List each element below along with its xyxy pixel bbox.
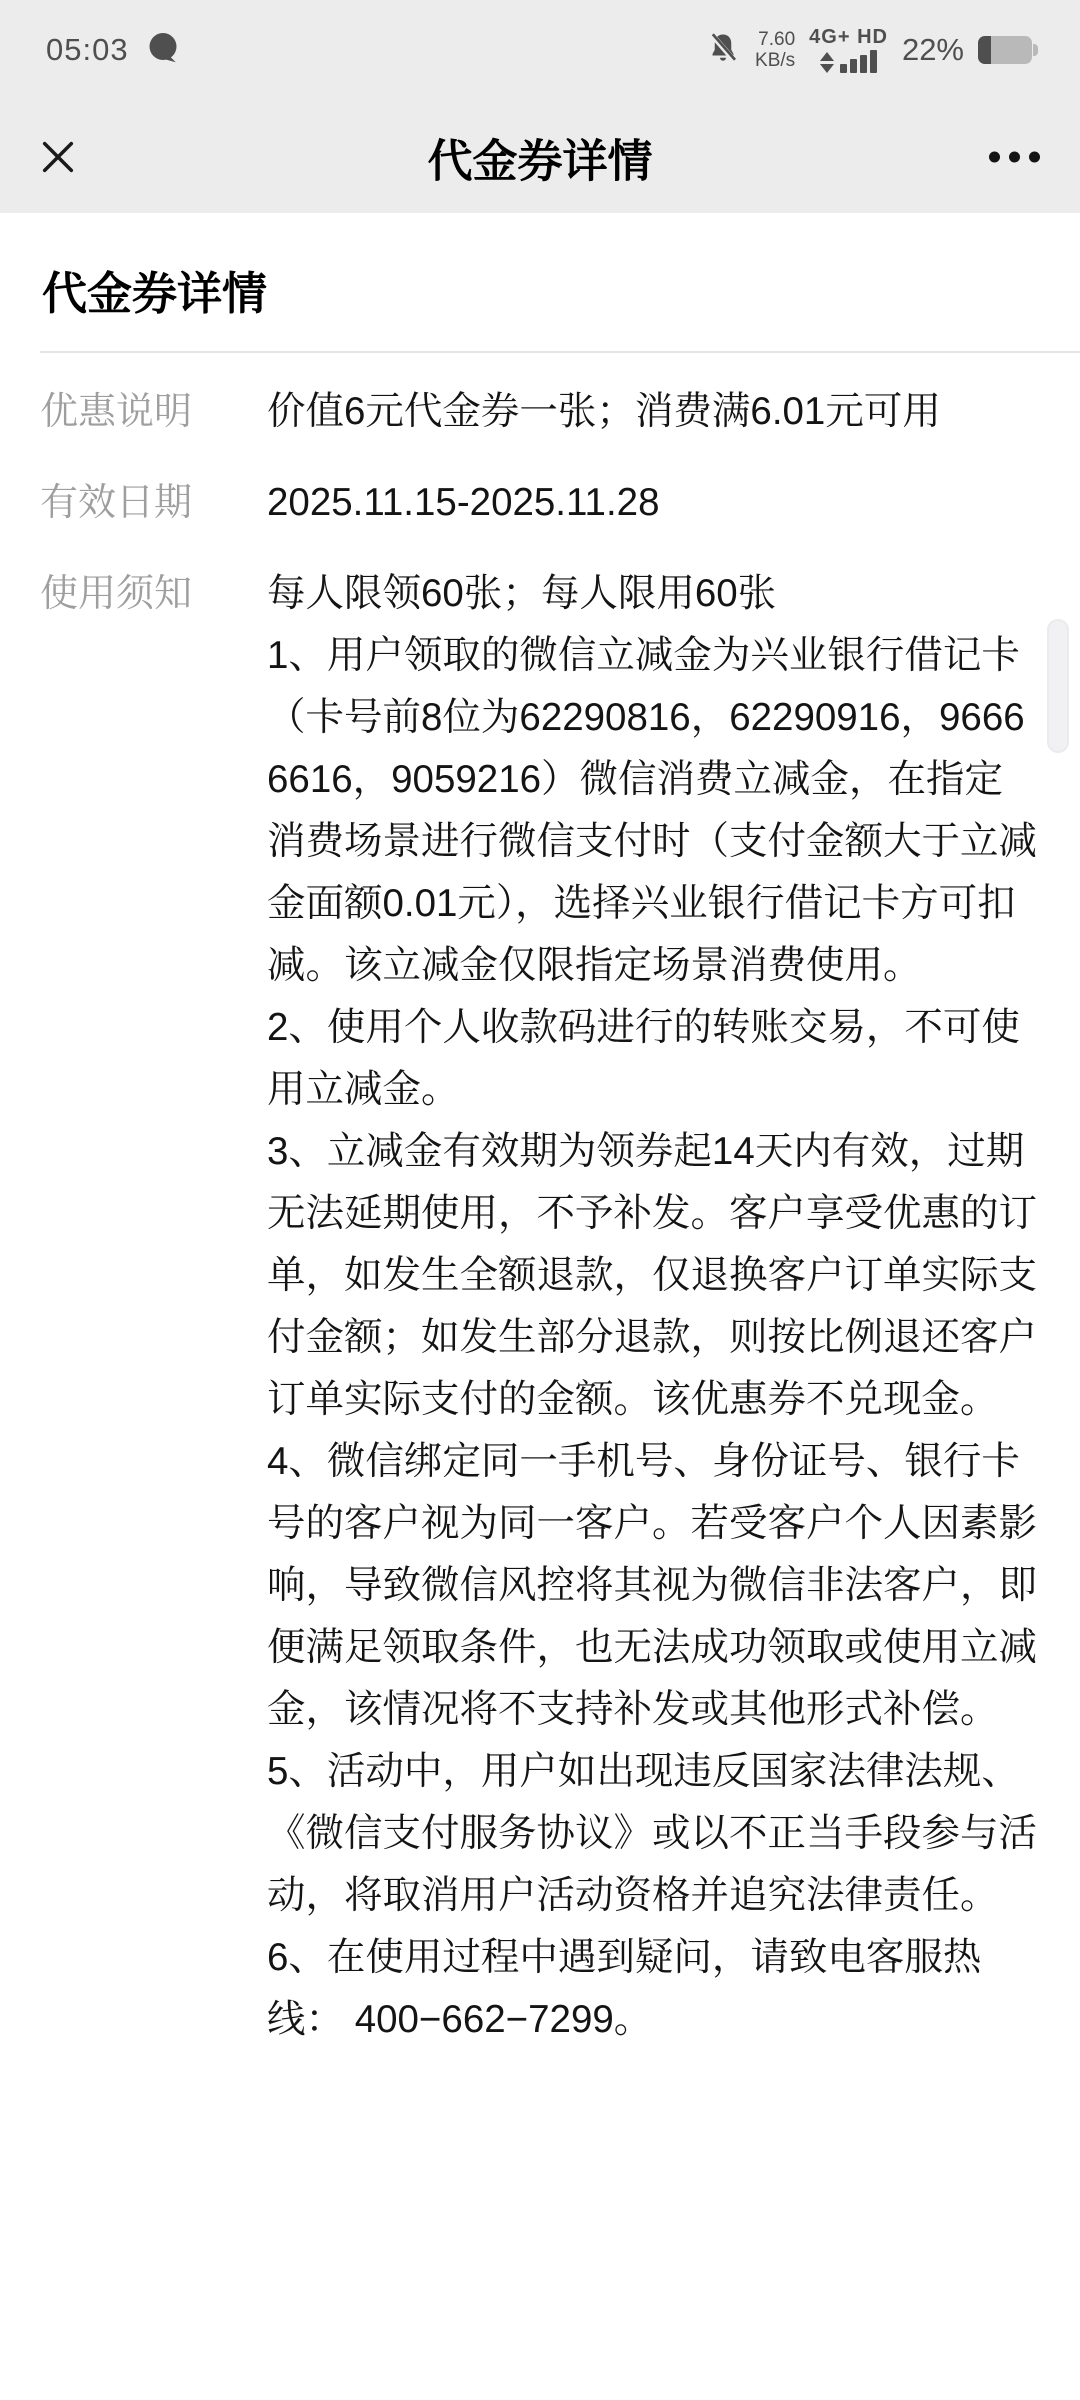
row-value: 价值6元代金券一张；消费满6.01元可用 — [267, 381, 1040, 443]
row-label: 优惠说明 — [40, 381, 267, 443]
battery-fill — [978, 36, 991, 64]
terms-item-2: 2、使用个人收款码进行的转账交易，不可使用立减金。 — [267, 997, 1040, 1121]
network-type: 4G+ — [809, 26, 850, 48]
terms-item-4: 4、微信绑定同一手机号、身份证号、银行卡号的客户视为同一客户。若受客户个人因素影… — [267, 1431, 1040, 1741]
network-speed: 7.60 KB/s — [755, 29, 795, 71]
signal-row — [820, 50, 877, 73]
close-button[interactable] — [38, 137, 78, 177]
battery-nub — [1033, 44, 1038, 56]
data-arrows-icon — [820, 52, 834, 73]
row-usage-notice: 使用须知 每人限领60张；每人限用60张 1、用户领取的微信立减金为兴业银行借记… — [40, 563, 1040, 2051]
row-discount-description: 优惠说明 价值6元代金券一张；消费满6.01元可用 — [40, 381, 1040, 443]
usage-terms: 每人限领60张；每人限用60张 1、用户领取的微信立减金为兴业银行借记卡（卡号前… — [267, 563, 1040, 2051]
terms-item-3: 3、立减金有效期为领券起14天内有效，过期无法延期使用，不予补发。客户享受优惠的… — [267, 1121, 1040, 1431]
page-title: 代金券详情 — [42, 263, 1040, 325]
network-speed-value: 7.60 — [758, 29, 795, 50]
terms-item-5: 5、活动中，用户如出现违反国家法律法规、《微信支付服务协议》或以不正当手段参与活… — [267, 1741, 1040, 1927]
divider — [40, 351, 1080, 353]
battery-percent: 22% — [902, 32, 964, 68]
status-left: 05:03 — [46, 30, 181, 71]
status-right: 7.60 KB/s 4G+ HD 22% — [705, 27, 1038, 73]
message-bubble-icon — [145, 30, 181, 71]
more-icon — [989, 151, 1000, 162]
scrollbar-thumb[interactable] — [1047, 619, 1069, 753]
row-valid-date: 有效日期 2025.11.15-2025.11.28 — [40, 472, 1040, 534]
nav-title: 代金券详情 — [427, 124, 652, 189]
clock: 05:03 — [46, 32, 129, 68]
network-status: 4G+ HD — [809, 27, 888, 73]
voucher-detail-page: 代金券详情 优惠说明 价值6元代金券一张；消费满6.01元可用 有效日期 202… — [0, 263, 1080, 2051]
phone-chrome: 05:03 7.60 KB/s — [0, 0, 1080, 213]
network-type-label: 4G+ HD — [809, 27, 888, 47]
terms-item-6: 6、在使用过程中遇到疑问，请致电客服热线： 400−662−7299。 — [267, 1927, 1040, 2051]
row-value: 2025.11.15-2025.11.28 — [267, 472, 1040, 534]
nav-bar: 代金券详情 — [0, 100, 1080, 213]
status-bar: 05:03 7.60 KB/s — [0, 0, 1080, 100]
more-button[interactable] — [989, 145, 1040, 168]
network-speed-unit: KB/s — [755, 50, 795, 71]
row-label: 使用须知 — [40, 563, 267, 625]
row-label: 有效日期 — [40, 472, 267, 534]
hd-label: HD — [857, 26, 888, 48]
battery-icon — [978, 36, 1032, 64]
terms-limit-line: 每人限领60张；每人限用60张 — [267, 563, 1040, 625]
bell-muted-icon — [705, 30, 741, 71]
detail-rows: 优惠说明 价值6元代金券一张；消费满6.01元可用 有效日期 2025.11.1… — [40, 381, 1040, 2051]
signal-bars-icon — [840, 50, 877, 73]
terms-item-1: 1、用户领取的微信立减金为兴业银行借记卡（卡号前8位为62290816，6229… — [267, 625, 1040, 997]
